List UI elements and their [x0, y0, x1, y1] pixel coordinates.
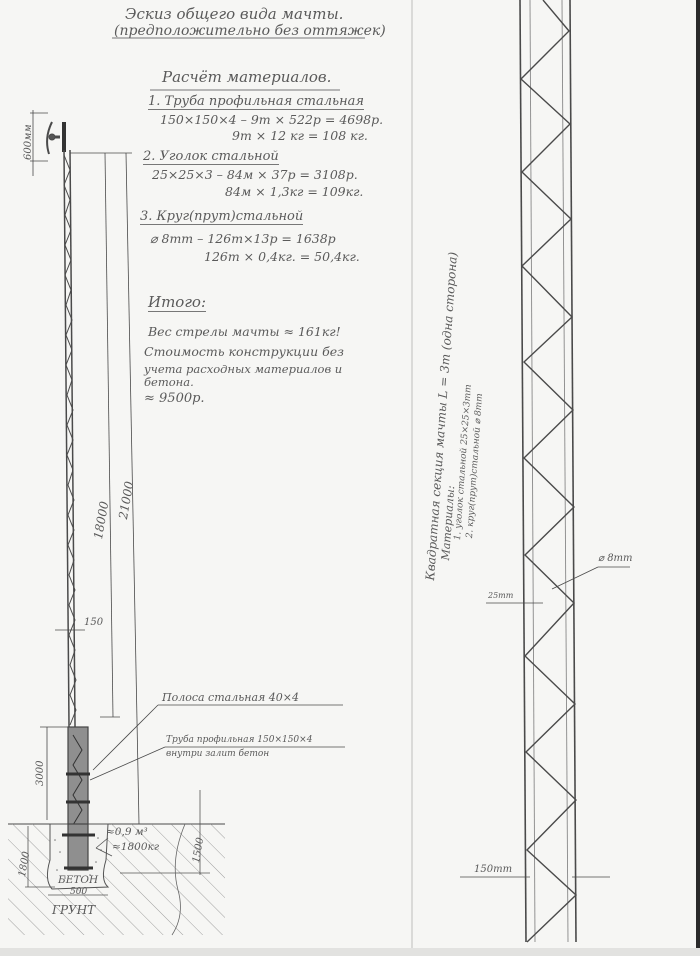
- pipe-callout-line2: внутри залит бетон: [166, 750, 269, 759]
- calc-item-1-cost: 150×150×4 – 9m × 522р = 4698р.: [160, 114, 383, 127]
- pipe-length-dim-label: 3000: [36, 761, 46, 786]
- angle-size-label: 25mm: [488, 592, 513, 600]
- foundation-width-dim-label: 500: [70, 888, 87, 897]
- antenna-dim-label: 600мм: [24, 124, 34, 160]
- calc-item-2-title: 2. Уголок стальной: [143, 150, 279, 165]
- ground-label: ГРУНТ: [52, 904, 95, 916]
- summary-cost-line3: бетона.: [144, 377, 194, 389]
- scan-bottom-margin: [0, 948, 700, 956]
- sketch-subtitle: (предположительно без оттяжек): [114, 24, 386, 38]
- summary-cost-line1: Стоимость конструкции без: [144, 346, 344, 359]
- calc-heading: Расчёт материалов.: [162, 70, 331, 85]
- rod-diameter-label: ⌀ 8mm: [598, 554, 633, 564]
- foundation-drawing: [8, 790, 225, 935]
- summary-cost-line2: учета расходных материалов и: [144, 364, 342, 376]
- strip-callout: Полоса стальная 40×4: [162, 692, 299, 703]
- concrete-label: БЕТОН: [58, 875, 98, 886]
- calc-item-3-title: 3. Круг(прут)стальной: [140, 210, 303, 225]
- calc-item-1-weight: 9m × 12 кг = 108 кг.: [232, 130, 368, 143]
- mast-width-dim-label: 150: [84, 618, 103, 628]
- concrete-volume-label: ≈0,9 м³: [106, 827, 148, 838]
- section-width-label: 150mm: [474, 865, 512, 875]
- calc-item-3-weight: 126m × 0,4кг. = 50,4кг.: [204, 251, 360, 264]
- sketch-title: Эскиз общего вида мачты.: [125, 7, 343, 22]
- calc-item-3-cost: ⌀ 8mm – 126m×13р = 1638р: [150, 233, 336, 246]
- calc-item-2-weight: 84м × 1,3кг = 109кг.: [225, 186, 363, 199]
- summary-weight: Вес стрелы мачты ≈ 161кг!: [148, 326, 341, 339]
- concrete-weight-label: ≈1800кг: [112, 842, 159, 853]
- summary-heading: Итого:: [148, 295, 206, 312]
- sketch-sheet: Эскиз общего вида мачты. (предположитель…: [0, 0, 700, 956]
- summary-cost-total: ≈ 9500р.: [144, 392, 205, 405]
- calc-item-2-cost: 25×25×3 – 84м × 37р = 3108р.: [152, 169, 358, 182]
- calc-item-1-title: 1. Труба профильная стальная: [148, 95, 364, 110]
- section-elevation: [460, 0, 630, 942]
- scan-edge-shadow: [696, 0, 700, 956]
- pipe-callout-line1: Труба профильная 150×150×4: [166, 736, 312, 745]
- mast-drawing-lines: [0, 0, 700, 956]
